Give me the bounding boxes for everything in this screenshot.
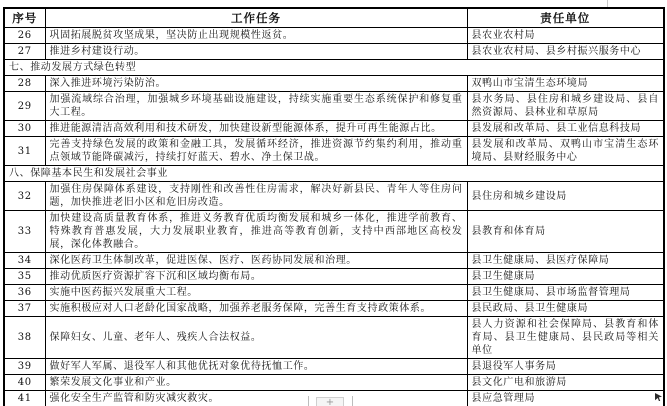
table-row: 27 推进乡村建设行动。 县农业农村局、县乡村振兴服务中心 xyxy=(4,44,664,60)
section-title-cell: 八、保障基本民生和发展社会事业 xyxy=(4,166,664,182)
task-cell: 推进能源清洁高效利用和技术研发，加快建设新型能源体系，提升可再生能源占比。 xyxy=(45,121,467,137)
table-row: 40 繁荣发展文化事业和产业。 县文化广电和旅游局 xyxy=(4,375,664,391)
task-cell: 繁荣发展文化事业和产业。 xyxy=(45,375,467,391)
table-row: 29 加强流域综合治理，加强城乡环境基础设施建设，持续实施重要生态系统保护和修复… xyxy=(4,92,664,121)
row-number-cell: 30 xyxy=(4,121,45,137)
task-cell: 强化安全生产监管和防灾减灾救灾。 xyxy=(45,391,467,406)
row-number-cell: 38 xyxy=(4,317,45,359)
row-number-cell: 33 xyxy=(4,211,45,253)
col-header-unit: 责任单位 xyxy=(467,8,664,28)
row-number-cell: 41 xyxy=(4,391,45,406)
unit-cell: 县卫生健康局 xyxy=(467,269,664,285)
unit-cell: 县文化广电和旅游局 xyxy=(467,375,664,391)
tick-right xyxy=(352,396,353,406)
table-row: 34 深化医药卫生体制改革，促进医保、医疗、医药协同发展和治理。 县卫生健康局、… xyxy=(4,253,664,269)
row-number-cell: 29 xyxy=(4,92,45,121)
unit-cell: 县农业农村局 xyxy=(467,28,664,44)
unit-cell: 县卫生健康局、县市场监督管理局 xyxy=(467,285,664,301)
table-row: 26 巩固拓展脱贫攻坚成果，坚决防止出现规模性返贫。 县农业农村局 xyxy=(4,28,664,44)
row-number-cell: 36 xyxy=(4,285,45,301)
unit-cell: 县人力资源和社会保障局、县教育和体育局、县卫生健康局、县民政局等相关单位 xyxy=(467,317,664,359)
section-row: 八、保障基本民生和发展社会事业 xyxy=(4,166,664,182)
task-cell: 实施中医药振兴发展重大工程。 xyxy=(45,285,467,301)
task-table: 序号 工作任务 责任单位 26 巩固拓展脱贫攻坚成果，坚决防止出现规模性返贫。 … xyxy=(3,7,665,406)
table-row: 32 加强住房保障体系建设，支持刚性和改善性住房需求，解决好新县民、青年人等住房… xyxy=(4,182,664,211)
task-cell: 加快建设高质量教育体系，推进义务教育优质均衡发展和城乡一体化，推进学前教育、特殊… xyxy=(45,211,467,253)
table-row: 33 加快建设高质量教育体系，推进义务教育优质均衡发展和城乡一体化，推进学前教育… xyxy=(4,211,664,253)
task-cell: 完善支持绿色发展的政策和金融工具，发展循环经济，推进资源节约集约利用，推动重点领… xyxy=(45,137,467,166)
row-number-cell: 28 xyxy=(4,76,45,92)
table-row: 31 完善支持绿色发展的政策和金融工具，发展循环经济，推进资源节约集约利用，推动… xyxy=(4,137,664,166)
table-row: 35 推动优质医疗资源扩容下沉和区域均衡布局。 县卫生健康局 xyxy=(4,269,664,285)
table-row: 28 深入推进环境污染防治。 双鸭山市宝清生态环境局 xyxy=(4,76,664,92)
row-number-cell: 39 xyxy=(4,359,45,375)
task-cell: 加强流域综合治理，加强城乡环境基础设施建设，持续实施重要生态系统保护和修复重大工… xyxy=(45,92,467,121)
unit-cell: 县发展和改革局、双鸭山市宝清生态环境局、县财经服务中心 xyxy=(467,137,664,166)
unit-cell: 县民政局、县卫生健康局 xyxy=(467,301,664,317)
unit-cell: 县应急管理局 xyxy=(467,391,664,406)
unit-cell: 县住房和城乡建设局 xyxy=(467,182,664,211)
section-title-cell: 七、推动发展方式绿色转型 xyxy=(4,60,664,76)
table-row: 39 做好军人军属、退役军人和其他优抚对象优待抚恤工作。 县退役军人事务局 xyxy=(4,359,664,375)
col-header-task: 工作任务 xyxy=(45,8,467,28)
task-cell: 推动优质医疗资源扩容下沉和区域均衡布局。 xyxy=(45,269,467,285)
unit-cell: 县退役军人事务局 xyxy=(467,359,664,375)
task-cell: 加强住房保障体系建设，支持刚性和改善性住房需求，解决好新县民、青年人等住房问题，… xyxy=(45,182,467,211)
table-row: 36 实施中医药振兴发展重大工程。 县卫生健康局、县市场监督管理局 xyxy=(4,285,664,301)
task-cell: 深入推进环境污染防治。 xyxy=(45,76,467,92)
column-guide-line xyxy=(607,0,608,7)
row-number-cell: 31 xyxy=(4,137,45,166)
row-number-cell: 37 xyxy=(4,301,45,317)
row-number-cell: 34 xyxy=(4,253,45,269)
task-cell: 深化医药卫生体制改革，促进医保、医疗、医药协同发展和治理。 xyxy=(45,253,467,269)
table-row: 37 实施积极应对人口老龄化国家战略，加强养老服务保障，完善生育支持政策体系。 … xyxy=(4,301,664,317)
row-number-cell: 27 xyxy=(4,44,45,60)
add-row-button[interactable]: + xyxy=(316,397,344,406)
section-row: 七、推动发展方式绿色转型 xyxy=(4,60,664,76)
unit-cell: 双鸭山市宝清生态环境局 xyxy=(467,76,664,92)
row-number-cell: 35 xyxy=(4,269,45,285)
row-number-cell: 40 xyxy=(4,375,45,391)
header-row: 序号 工作任务 责任单位 xyxy=(4,8,664,28)
task-cell: 巩固拓展脱贫攻坚成果，坚决防止出现规模性返贫。 xyxy=(45,28,467,44)
task-cell: 保障妇女、儿童、老年人、残疾人合法权益。 xyxy=(45,317,467,359)
document-page: 序号 工作任务 责任单位 26 巩固拓展脱贫攻坚成果，坚决防止出现规模性返贫。 … xyxy=(0,0,667,406)
col-header-no: 序号 xyxy=(4,8,45,28)
unit-cell: 县发展和改革局、县工业信息科技局 xyxy=(467,121,664,137)
unit-cell: 县教育和体育局 xyxy=(467,211,664,253)
task-cell: 推进乡村建设行动。 xyxy=(45,44,467,60)
table-row: 30 推进能源清洁高效利用和技术研发，加快建设新型能源体系，提升可再生能源占比。… xyxy=(4,121,664,137)
task-cell: 实施积极应对人口老龄化国家战略，加强养老服务保障，完善生育支持政策体系。 xyxy=(45,301,467,317)
unit-cell: 县卫生健康局、县医疗保障局 xyxy=(467,253,664,269)
task-cell: 做好军人军属、退役军人和其他优抚对象优待抚恤工作。 xyxy=(45,359,467,375)
row-number-cell: 26 xyxy=(4,28,45,44)
table-row: 38 保障妇女、儿童、老年人、残疾人合法权益。 县人力资源和社会保障局、县教育和… xyxy=(4,317,664,359)
row-number-cell: 32 xyxy=(4,182,45,211)
unit-cell: 县水务局、县住房和城乡建设局、县自然资源局、县林业和草原局 xyxy=(467,92,664,121)
unit-cell: 县农业农村局、县乡村振兴服务中心 xyxy=(467,44,664,60)
tick-left xyxy=(308,396,309,406)
